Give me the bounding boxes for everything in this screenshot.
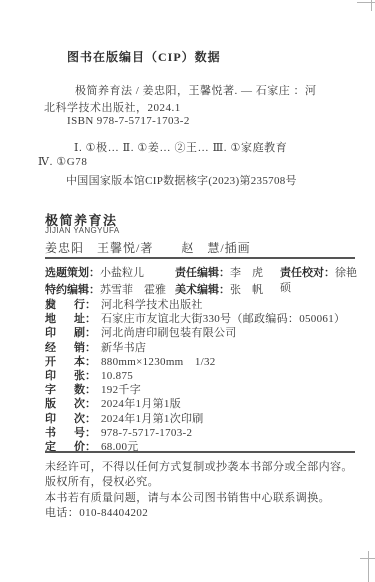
crop-mark-top-right-vertical xyxy=(371,0,372,11)
publication-colon: ： xyxy=(85,313,96,325)
credit-label: 责任编辑 xyxy=(175,267,219,279)
publication-colon: ： xyxy=(85,342,96,354)
publication-colon: ： xyxy=(85,299,96,311)
publication-value: 10.875 xyxy=(101,370,133,382)
credit-cell: 选题策划：小盐粒儿 xyxy=(45,266,175,283)
publication-row-edition: 版次：2024年1月第1版 xyxy=(45,398,360,412)
credit-cell: 责任校对：徐艳硕 xyxy=(280,266,360,283)
publication-colon: ： xyxy=(85,356,96,368)
publication-value: 河北科学技术出版社 xyxy=(101,299,203,311)
publication-row-address: 地址：石家庄市友谊北大街330号（邮政编码：050061） xyxy=(45,313,360,327)
notice-line: 本书若有质量问题，请与本公司图书销售中心联系调换。 xyxy=(45,491,353,506)
publication-value: 978-7-5717-1703-2 xyxy=(101,427,192,439)
publication-row-format: 开本：880mm×1230mm 1/32 xyxy=(45,356,360,370)
credit-value: 小盐粒儿 xyxy=(100,267,144,279)
isbn-line: ISBN 978-7-5717-1703-2 xyxy=(67,115,190,127)
copyright-notice: 未经许可，不得以任何方式复制或抄袭本书部分或全部内容。 版权所有，侵权必究。 本… xyxy=(45,460,353,521)
credit-label: 美术编辑 xyxy=(175,284,219,296)
publication-label: 书号 xyxy=(45,427,85,440)
credits-row: 特约编辑：苏雪菲 霍雅楠 美术编辑：张 帆 xyxy=(45,283,360,300)
publication-label: 印刷 xyxy=(45,327,85,340)
publication-label: 开本 xyxy=(45,356,85,369)
credit-cell: 美术编辑：张 帆 xyxy=(175,283,280,300)
credit-label: 特约编辑 xyxy=(45,284,89,296)
publication-value: 2024年1月第1次印刷 xyxy=(101,413,204,425)
credit-colon: ： xyxy=(324,267,335,279)
credit-colon: ： xyxy=(219,284,230,296)
credit-colon: ： xyxy=(219,267,230,279)
publication-colon: ： xyxy=(85,327,96,339)
notice-line: 未经许可，不得以任何方式复制或抄袭本书部分或全部内容。 xyxy=(45,460,353,475)
publication-colon: ： xyxy=(85,398,96,410)
illustrator-text: 赵 慧/插画 xyxy=(181,239,250,256)
publication-label: 印次 xyxy=(45,413,85,426)
credit-label: 选题策划 xyxy=(45,267,89,279)
publication-row-wordcount: 字数：192千字 xyxy=(45,384,360,398)
publication-label: 版次 xyxy=(45,398,85,411)
publication-block: 发行：河北科学技术出版社 地址：石家庄市友谊北大街330号（邮政编码：05006… xyxy=(45,299,360,455)
publication-colon: ： xyxy=(85,413,96,425)
publication-colon: ： xyxy=(85,427,96,439)
credit-value: 李 虎 xyxy=(230,267,263,279)
credit-colon: ： xyxy=(89,284,100,296)
publication-row-printer: 印刷：河北尚唐印刷包装有限公司 xyxy=(45,327,360,341)
credits-row: 选题策划：小盐粒儿 责任编辑：李 虎 责任校对：徐艳硕 xyxy=(45,266,360,283)
publication-row-sheets: 印张：10.875 xyxy=(45,370,360,384)
publication-row-booknumber: 书号：978-7-5717-1703-2 xyxy=(45,427,360,441)
divider-top xyxy=(45,257,355,259)
notice-line-phone: 电话：010-84404202 xyxy=(45,506,353,521)
publication-value: 192千字 xyxy=(101,384,141,396)
publication-value: 石家庄市友谊北大街330号（邮政编码：050061） xyxy=(101,313,345,325)
publication-value: 2024年1月第1版 xyxy=(101,398,181,410)
publication-label: 地址 xyxy=(45,313,85,326)
copyright-page: 图书在版编目（CIP）数据 极简养育法 / 姜忠阳，王馨悦著. — 石家庄 ：河… xyxy=(0,0,375,582)
publication-label: 经销 xyxy=(45,342,85,355)
cip-classification-line1: Ⅰ. ①极… Ⅱ. ①姜… ②王… Ⅲ. ①家庭教育 xyxy=(74,139,287,155)
credit-value: 张 帆 xyxy=(230,284,263,296)
credits-block: 选题策划：小盐粒儿 责任编辑：李 虎 责任校对：徐艳硕 特约编辑：苏雪菲 霍雅楠… xyxy=(45,266,360,300)
crop-mark-bottom-right-vertical xyxy=(368,551,369,582)
credit-cell: 责任编辑：李 虎 xyxy=(175,266,280,283)
cip-description-line2: 北科学技术出版社，2024.1 xyxy=(44,99,181,115)
credit-colon: ： xyxy=(89,267,100,279)
authors-text: 姜忠阳 王馨悦/著 xyxy=(45,239,153,256)
cip-description-line1: 极简养育法 / 姜忠阳，王馨悦著. — 石家庄 ：河 xyxy=(75,82,317,98)
publication-value: 新华书店 xyxy=(101,342,146,354)
cip-classification-line2: Ⅳ. ①G78 xyxy=(38,155,88,168)
publication-value: 河北尚唐印刷包装有限公司 xyxy=(101,327,237,339)
book-title-pinyin: JIJIAN YANGYUFA xyxy=(45,226,120,235)
publication-row-distributor: 经销：新华书店 xyxy=(45,342,360,356)
author-line: 姜忠阳 王馨悦/著 赵 慧/插画 xyxy=(45,239,251,256)
publication-row-fahang: 发行：河北科学技术出版社 xyxy=(45,299,360,313)
credit-label: 责任校对 xyxy=(280,267,324,279)
publication-label: 发行 xyxy=(45,299,85,312)
publication-row-printing: 印次：2024年1月第1次印刷 xyxy=(45,413,360,427)
cip-heading: 图书在版编目（CIP）数据 xyxy=(67,48,221,65)
notice-line: 版权所有，侵权必究。 xyxy=(45,475,353,490)
publication-colon: ： xyxy=(85,384,96,396)
crop-mark-top-right-horizontal xyxy=(357,2,375,3)
publication-label: 印张 xyxy=(45,370,85,383)
publication-label: 字数 xyxy=(45,384,85,397)
credit-cell: 特约编辑：苏雪菲 霍雅楠 xyxy=(45,283,175,300)
divider-bottom xyxy=(45,451,355,453)
publication-colon: ： xyxy=(85,370,96,382)
cip-record-number: 中国国家版本馆CIP数据核字(2023)第235708号 xyxy=(66,172,297,188)
publication-value: 880mm×1230mm 1/32 xyxy=(101,356,216,368)
